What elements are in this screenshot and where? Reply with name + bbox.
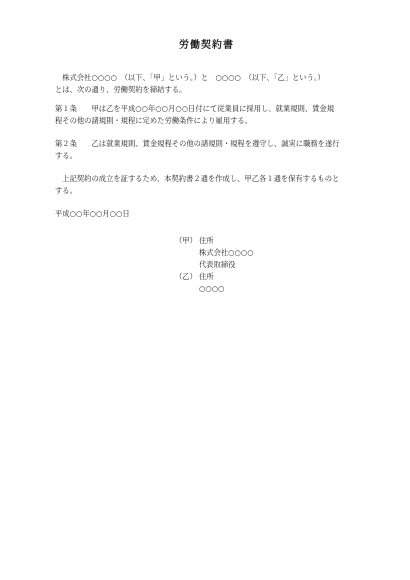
party-otsu-address-heading: 住所 bbox=[199, 271, 214, 283]
party-kou-row: （甲） 住所 bbox=[175, 235, 358, 247]
document-title: 労働契約書 bbox=[55, 40, 358, 52]
labor-contract-page: 労働契約書 株式会社○○○○ （以下、「甲」という。）と ○○○○ （以下、「乙… bbox=[0, 0, 410, 580]
party-kou-representative-row: 代表取締役 bbox=[175, 259, 358, 271]
article-2-paragraph: 第２条 乙は就業規則、賃金規程その他の諸規則・規程を遵守し、誠実に職務を遂行 す… bbox=[55, 138, 358, 162]
party-otsu-row: （乙） 住所 bbox=[175, 271, 358, 283]
party-kou-company-name: 株式会社○○○○ bbox=[199, 247, 254, 259]
closing-statement-paragraph: 上記契約の成立を証するため、本契約書２通を作成し、甲乙各１通を保有するものと す… bbox=[55, 173, 358, 197]
party-otsu-name: ○○○○ bbox=[199, 283, 224, 295]
party-kou-label: （甲） bbox=[175, 235, 199, 247]
party-kou-representative-title: 代表取締役 bbox=[199, 259, 235, 271]
article-1-paragraph: 第１条 甲は乙を平成○○年○○月○○日付にて従業員に採用し、就業規則、賃金規 程… bbox=[55, 103, 358, 127]
preamble-paragraph: 株式会社○○○○ （以下、「甲」という。）と ○○○○ （以下、「乙」という。）… bbox=[55, 72, 358, 96]
party-otsu-name-row: ○○○○ bbox=[175, 283, 358, 295]
signature-block: （甲） 住所 株式会社○○○○ 代表取締役 （乙） 住所 ○○○○ bbox=[175, 235, 358, 295]
contract-date-line: 平成○○年○○月○○日 bbox=[55, 208, 358, 220]
party-otsu-label: （乙） bbox=[175, 271, 199, 283]
party-kou-company-row: 株式会社○○○○ bbox=[175, 247, 358, 259]
party-kou-address-heading: 住所 bbox=[199, 235, 214, 247]
